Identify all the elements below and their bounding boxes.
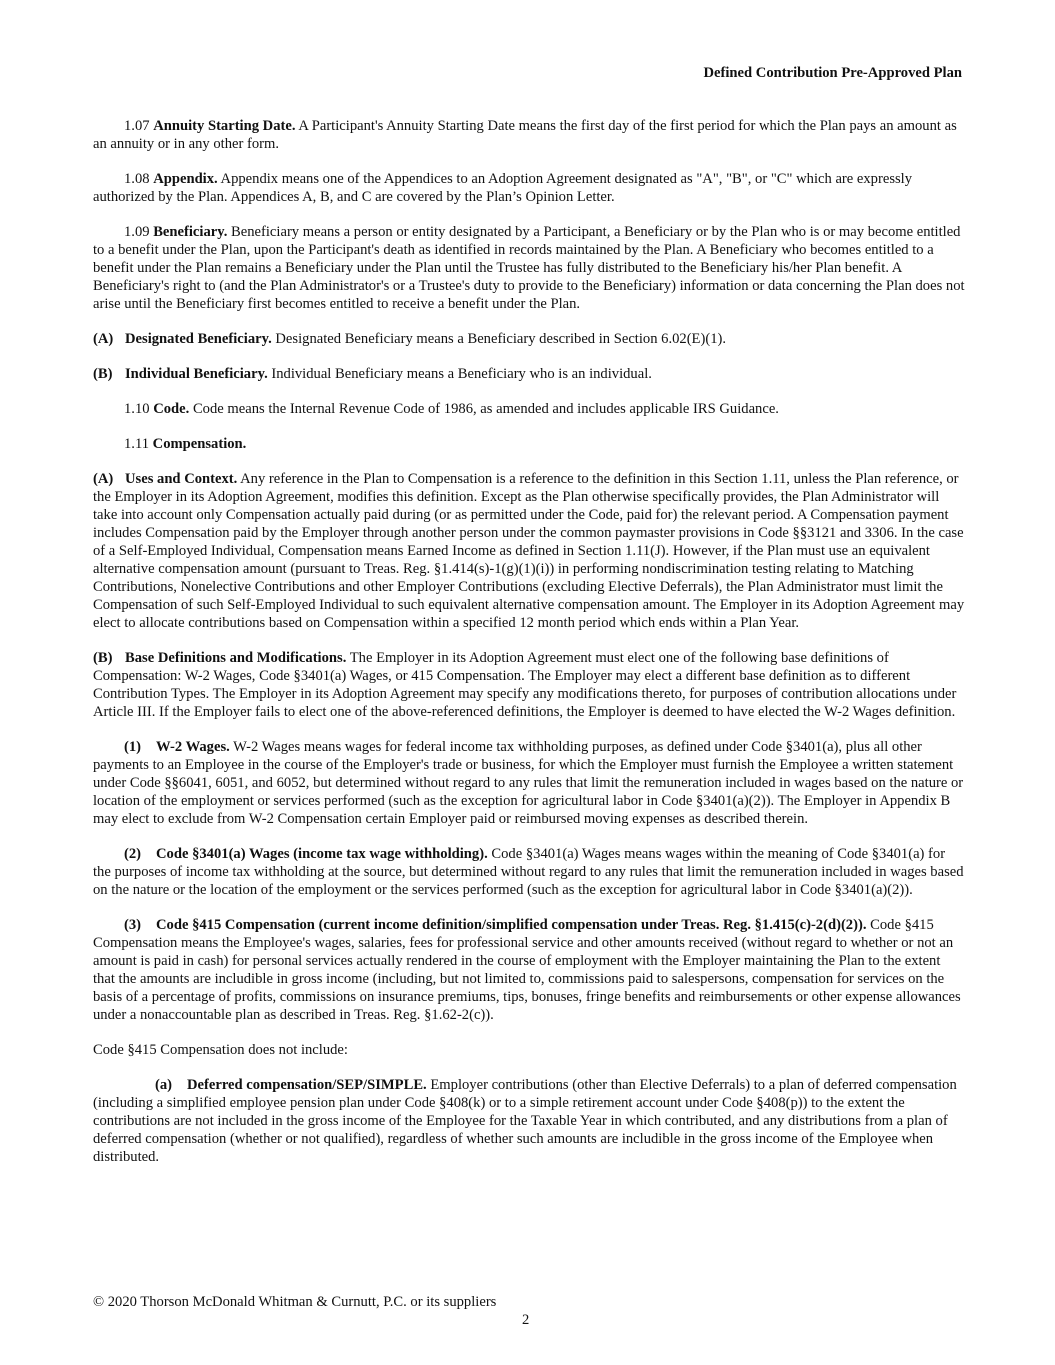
section-heading: Annuity Starting Date. — [153, 118, 295, 134]
subsection-label: (B) — [93, 649, 125, 667]
subsection-heading: Uses and Context. — [125, 471, 237, 487]
subsection-label: (B) — [93, 365, 125, 383]
item-label: (2) — [124, 845, 156, 863]
subsection-1-09-b: (B)Individual Beneficiary. Individual Be… — [93, 365, 965, 383]
section-number: 1.08 — [124, 171, 150, 187]
section-number: 1.11 — [124, 436, 149, 452]
page-number: 2 — [522, 1311, 529, 1329]
item-heading: Code §415 Compensation (current income d… — [156, 917, 866, 933]
subsection-heading: Individual Beneficiary. — [125, 366, 268, 382]
section-1-07: 1.07 Annuity Starting Date. A Participan… — [93, 117, 965, 153]
exclusion-heading: Deferred compensation/SEP/SIMPLE. — [187, 1077, 427, 1093]
section-1-10: 1.10 Code. Code means the Internal Reven… — [93, 400, 965, 418]
subsection-text: Any reference in the Plan to Compensatio… — [93, 471, 964, 631]
item-1-11-b-3: (3)Code §415 Compensation (current incom… — [93, 916, 965, 1024]
item-1-11-b-1: (1)W-2 Wages. W-2 Wages means wages for … — [93, 738, 965, 828]
item-label: (3) — [124, 916, 156, 934]
item-1-11-b-2: (2)Code §3401(a) Wages (income tax wage … — [93, 845, 965, 899]
section-number: 1.10 — [124, 401, 150, 417]
copyright-footer: © 2020 Thorson McDonald Whitman & Curnut… — [93, 1293, 496, 1311]
item-heading: Code §3401(a) Wages (income tax wage wit… — [156, 846, 488, 862]
section-heading: Code. — [153, 401, 189, 417]
section-heading: Appendix. — [153, 171, 217, 187]
subsection-1-11-b: (B)Base Definitions and Modifications. T… — [93, 649, 965, 721]
section-1-11: 1.11 Compensation. — [93, 435, 965, 453]
section-number: 1.09 — [124, 224, 150, 240]
section-number: 1.07 — [124, 118, 150, 134]
section-text: Code means the Internal Revenue Code of … — [193, 401, 779, 417]
subsection-text: Designated Beneficiary means a Beneficia… — [275, 331, 726, 347]
exclusion-a: (a)Deferred compensation/SEP/SIMPLE. Emp… — [93, 1076, 965, 1166]
section-heading: Compensation. — [153, 436, 247, 452]
section-1-09: 1.09 Beneficiary. Beneficiary means a pe… — [93, 223, 965, 313]
document-body: 1.07 Annuity Starting Date. A Participan… — [93, 117, 965, 1166]
subsection-label: (A) — [93, 470, 125, 488]
item-heading: W-2 Wages. — [156, 739, 230, 755]
subsection-1-11-a: (A)Uses and Context. Any reference in th… — [93, 470, 965, 632]
section-1-08: 1.08 Appendix. Appendix means one of the… — [93, 170, 965, 206]
section-heading: Beneficiary. — [153, 224, 227, 240]
subsection-heading: Base Definitions and Modifications. — [125, 650, 346, 666]
subsection-text: Individual Beneficiary means a Beneficia… — [271, 366, 652, 382]
subsection-1-09-a: (A)Designated Beneficiary. Designated Be… — [93, 330, 965, 348]
running-header: Defined Contribution Pre-Approved Plan — [703, 64, 962, 82]
subsection-heading: Designated Beneficiary. — [125, 331, 272, 347]
item-label: (1) — [124, 738, 156, 756]
exclusions-intro: Code §415 Compensation does not include: — [93, 1041, 965, 1059]
subsection-label: (A) — [93, 330, 125, 348]
exclusion-label: (a) — [155, 1076, 187, 1094]
